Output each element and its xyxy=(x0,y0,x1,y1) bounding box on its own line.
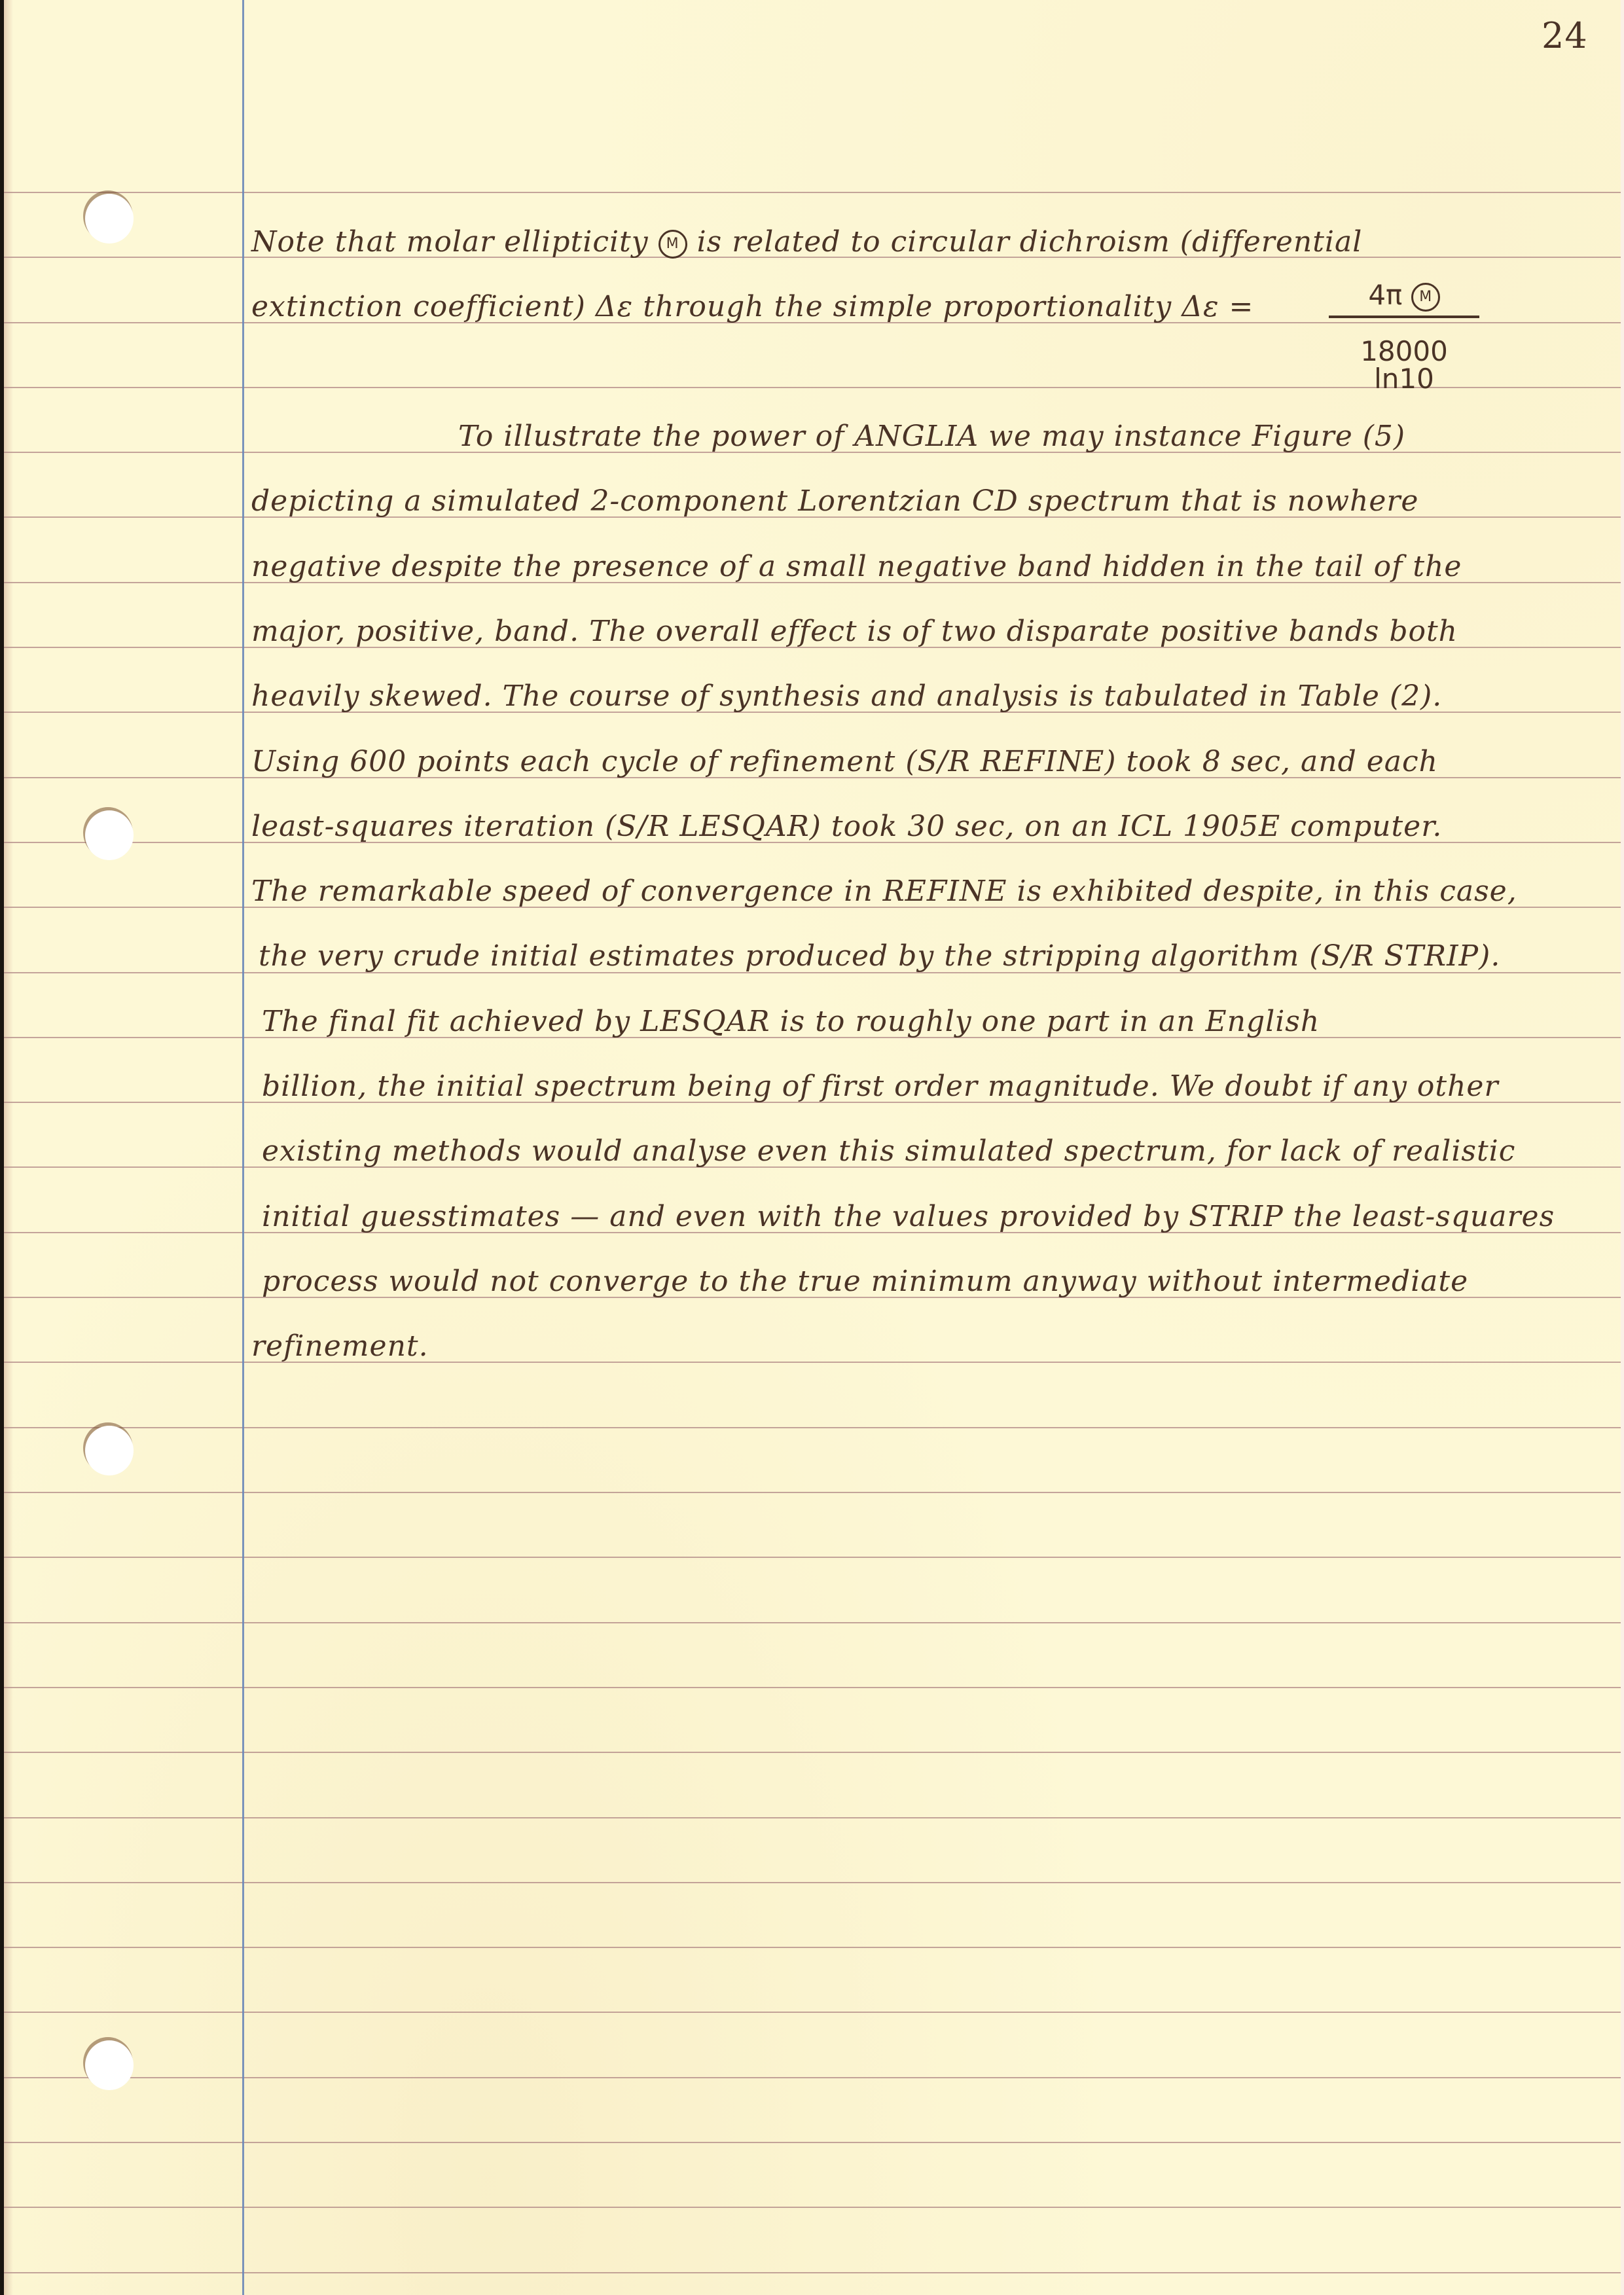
paragraph-line: heavily skewed. The course of synthesis … xyxy=(251,682,1442,711)
paragraph-line: process would not converge to the true m… xyxy=(262,1267,1468,1296)
punch-hole xyxy=(85,1426,134,1475)
ruled-line xyxy=(4,1492,1621,1493)
paragraph-line: major, positive, band. The overall effec… xyxy=(251,617,1458,646)
paragraph-line: initial guesstimates — and even with the… xyxy=(262,1202,1555,1231)
page-number: 24 xyxy=(1542,18,1588,54)
formula-numerator-text: 4π xyxy=(1368,279,1402,311)
note-line-1: Note that molar ellipticity M is related… xyxy=(251,228,1362,259)
fraction-bar xyxy=(1329,316,1479,318)
ruled-line xyxy=(4,1427,1621,1428)
ruled-line xyxy=(4,1557,1621,1558)
paragraph-line: the very crude initial estimates produce… xyxy=(259,942,1500,971)
paragraph-line: depicting a simulated 2-component Lorent… xyxy=(251,487,1418,516)
paragraph-line: The final fit achieved by LESQAR is to r… xyxy=(262,1007,1320,1036)
note-line-1-end: is related to circular dichroism (differ… xyxy=(697,225,1363,259)
formula-numerator: 4π M xyxy=(1329,281,1479,312)
ruled-line xyxy=(4,1622,1621,1623)
paragraph-line: refinement. xyxy=(251,1332,429,1361)
ruled-line xyxy=(4,1687,1621,1688)
ruled-line xyxy=(4,1752,1621,1753)
ruled-line xyxy=(4,1362,1621,1363)
theta-symbol-icon: M xyxy=(1411,283,1440,312)
paragraph-line: Using 600 points each cycle of refinemen… xyxy=(251,748,1438,776)
note-line-2: extinction coefficient) Δε through the s… xyxy=(251,293,1254,321)
ruled-line xyxy=(4,1817,1621,1818)
paragraph-line: To illustrate the power of ANGLIA we may… xyxy=(458,422,1405,451)
paragraph-line: least-squares iteration (S/R LESQAR) too… xyxy=(251,812,1442,841)
ruled-line xyxy=(4,2142,1621,2143)
formula-denominator: 18000 ln10 xyxy=(1329,338,1479,393)
formula-fraction: 4π M 18000 ln10 xyxy=(1329,281,1479,393)
punch-hole xyxy=(85,2040,134,2090)
ruled-line xyxy=(4,2272,1621,2273)
ruled-line xyxy=(4,2207,1621,2208)
theta-symbol-icon: M xyxy=(659,230,687,259)
scan-right-edge xyxy=(1621,0,1624,2295)
ruled-line xyxy=(4,2012,1621,2013)
paragraph-line: billion, the initial spectrum being of f… xyxy=(262,1072,1499,1101)
paragraph-line: The remarkable speed of convergence in R… xyxy=(251,877,1517,906)
ruled-line xyxy=(4,192,1621,193)
paragraph-line: existing methods would analyse even this… xyxy=(262,1137,1515,1166)
ruled-line xyxy=(4,1947,1621,1948)
note-line-1-start: Note that molar ellipticity xyxy=(251,225,649,259)
margin-line xyxy=(242,0,244,2295)
punch-hole xyxy=(85,810,134,860)
paragraph-line: negative despite the presence of a small… xyxy=(251,552,1462,581)
ruled-line xyxy=(4,1882,1621,1883)
ruled-line xyxy=(4,2077,1621,2078)
punch-hole xyxy=(85,194,134,244)
